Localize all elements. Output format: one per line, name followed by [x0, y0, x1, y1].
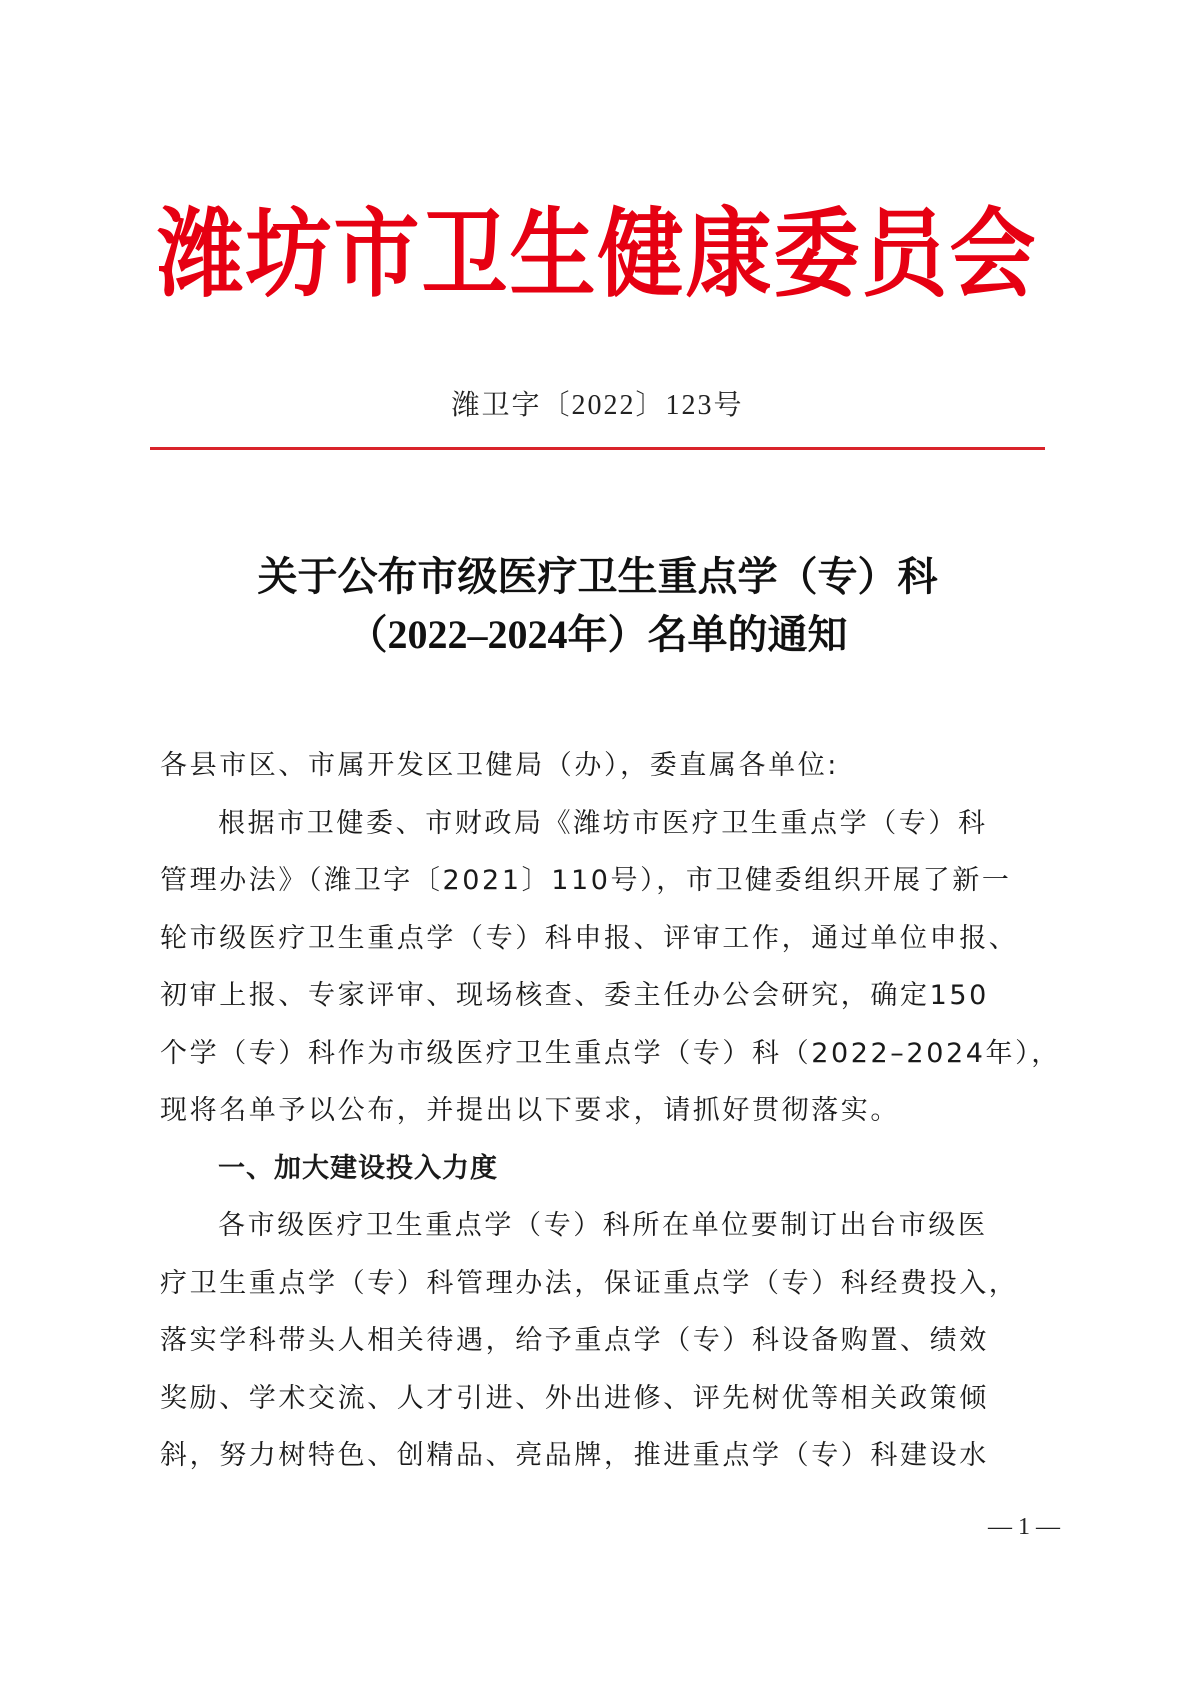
section-1-line: 疗卫生重点学（专）科管理办法，保证重点学（专）科经费投入，	[160, 1255, 1052, 1313]
salutation: 各县市区、市属开发区卫健局（办），委直属各单位:	[160, 737, 1052, 795]
document-title: 关于公布市级医疗卫生重点学（专）科 （2022–2024年）名单的通知	[150, 548, 1045, 664]
paragraph-1-line: 管理办法》（潍卫字〔2021〕110号），市卫健委组织开展了新一	[160, 852, 1052, 910]
section-1-line: 落实学科带头人相关待遇，给予重点学（专）科设备购置、绩效	[160, 1312, 1052, 1370]
document-page: 潍坊市卫生健康委员会 潍卫字〔2022〕123号 关于公布市级医疗卫生重点学（专…	[0, 0, 1190, 1683]
section-1-heading: 一、加大建设投入力度	[160, 1140, 1052, 1198]
organization-header: 潍坊市卫生健康委员会	[150, 193, 1045, 316]
paragraph-1-line: 根据市卫健委、市财政局《潍坊市医疗卫生重点学（专）科	[160, 795, 1052, 853]
document-number: 潍卫字〔2022〕123号	[150, 388, 1045, 424]
paragraph-1-line: 初审上报、专家评审、现场核查、委主任办公会研究，确定150	[160, 967, 1052, 1025]
title-line-2: （2022–2024年）名单的通知	[150, 606, 1045, 664]
paragraph-1-line: 轮市级医疗卫生重点学（专）科申报、评审工作，通过单位申报、	[160, 910, 1052, 968]
section-1-line: 斜，努力树特色、创精品、亮品牌，推进重点学（专）科建设水	[160, 1427, 1052, 1485]
red-divider-rule	[150, 447, 1045, 450]
section-1-line: 奖励、学术交流、人才引进、外出进修、评先树优等相关政策倾	[160, 1370, 1052, 1428]
page-number: — 1 —	[960, 1512, 1060, 1542]
title-line-1: 关于公布市级医疗卫生重点学（专）科	[150, 548, 1045, 606]
document-body: 各县市区、市属开发区卫健局（办），委直属各单位: 根据市卫健委、市财政局《潍坊市…	[160, 737, 1052, 1485]
paragraph-1-line: 个学（专）科作为市级医疗卫生重点学（专）科（2022–2024年），	[160, 1025, 1052, 1083]
section-1-line: 各市级医疗卫生重点学（专）科所在单位要制订出台市级医	[160, 1197, 1052, 1255]
paragraph-1-line: 现将名单予以公布，并提出以下要求，请抓好贯彻落实。	[160, 1082, 1052, 1140]
